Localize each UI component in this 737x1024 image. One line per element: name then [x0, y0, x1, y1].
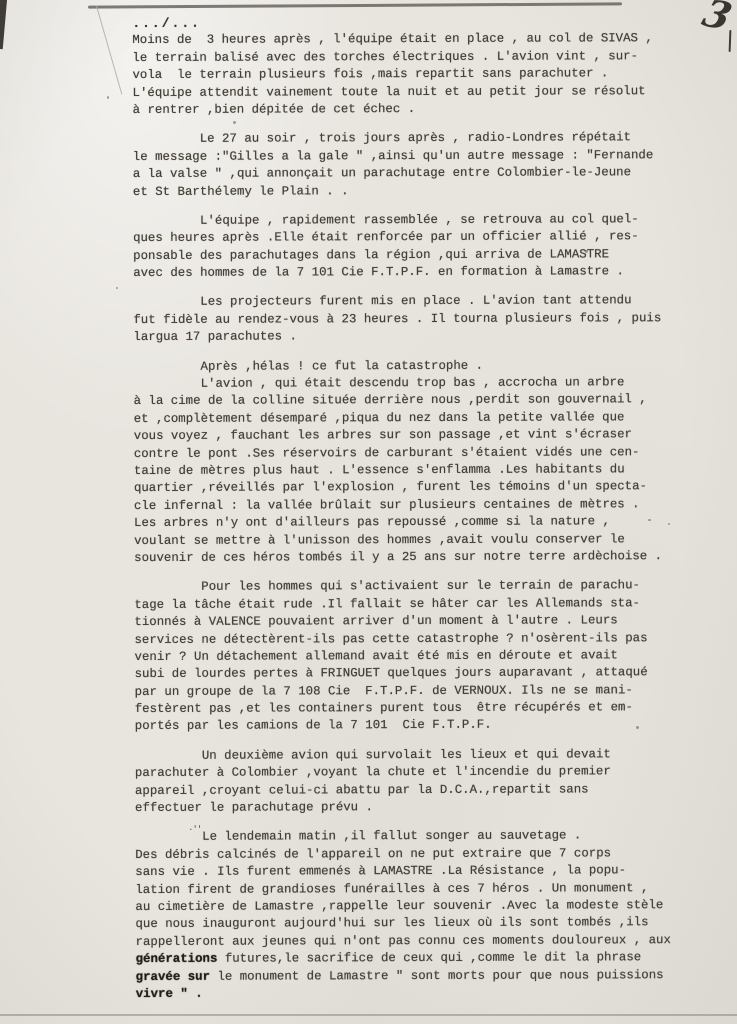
text-segment: portés par les camions de la 7 101 Cie F…: [135, 718, 492, 733]
text-segment: vous voyez , fauchant les arbres sur son…: [134, 427, 632, 443]
text-segment: souvenir de ces héros tombés il y a 25 a…: [134, 549, 662, 565]
scan-edge-artifact-top: [88, 2, 622, 8]
text-segment: venir ? Un détachement allemand avait ét…: [134, 648, 617, 664]
scan-corner-shadow: [0, 0, 7, 49]
text-line: festèrent pas ,et les containers purent …: [135, 699, 710, 718]
pen-mark: [729, 30, 732, 52]
text-line: générations futures,le sacrifice de ceux…: [136, 949, 711, 968]
text-segment: le terrain balisé avec des torches élect…: [132, 49, 638, 65]
text-segment: futures,le sacrifice de ceux qui ,comme …: [217, 950, 641, 965]
paragraph: Les projecteurs furent mis en place . L'…: [133, 292, 708, 346]
text-line: à la cime de la colline située derrière …: [134, 391, 709, 410]
text-segment: tionnés à VALENCE pouvaient arriver d'un…: [134, 613, 617, 629]
text-segment: tage la tâche était rude .Il fallait se …: [134, 596, 640, 612]
continuation-mark: .../...: [132, 13, 707, 32]
text-segment: Les projecteurs furent mis en place . L'…: [200, 294, 631, 310]
text-segment: lation firent de grandioses funérailles …: [135, 881, 648, 897]
text-segment: largua 17 parachutes .: [133, 330, 297, 345]
paragraph: Pour les hommes qui s'activaient sur le …: [134, 577, 710, 736]
text-line: Un deuxième avion qui survolait les lieu…: [135, 746, 710, 765]
text-segment: avec des hommes de la 7 101 Cie F.T.P.F.…: [133, 264, 624, 280]
typewritten-text-block: .../... Moins de 3 heures après , l'équi…: [132, 13, 710, 1003]
text-segment: le monument de Lamastre " sont morts pou…: [210, 968, 664, 984]
paragraph: L'équipe , rapidement rassemblée , se re…: [133, 211, 708, 283]
paper-bottom-edge: [0, 1014, 737, 1016]
text-line: tage la tâche était rude .Il fallait se …: [134, 595, 709, 614]
text-line: portés par les camions de la 7 101 Cie F…: [135, 716, 710, 735]
text-line: cle infernal : la vallée brûlait sur plu…: [134, 496, 709, 515]
text-line: Moins de 3 heures après , l'équipe était…: [132, 30, 707, 49]
text-segment: Après ,hélas ! ce fut la catastrophe .: [200, 358, 483, 373]
text-line: Le 27 au soir , trois jours après , radi…: [133, 129, 708, 148]
text-segment: subi de lourdes pertes à FRINGUET quelqu…: [135, 665, 648, 681]
text-segment: contre le pont .Ses réservoirs de carbur…: [134, 445, 640, 461]
paragraph: Le 27 au soir , trois jours après , radi…: [133, 129, 708, 201]
text-segment: festèrent pas ,et les containers purent …: [135, 700, 633, 716]
text-line: Des débris calcinés de l'appareil on ne …: [135, 845, 710, 864]
text-segment: taine de mètres plus haut . L'essence s'…: [134, 462, 625, 478]
text-segment: sans vie . Ils furent emmenés à LAMASTRE…: [135, 863, 626, 879]
text-line: fut fidèle au rendez-vous à 23 heures . …: [133, 310, 708, 329]
text-segment: Le 27 au soir , trois jours après , radi…: [200, 131, 631, 147]
text-line: Pour les hommes qui s'activaient sur le …: [134, 577, 709, 596]
text-line: le message :"Gilles a la gale " ,ainsi q…: [133, 147, 708, 166]
text-segment: le message :"Gilles a la gale " ,ainsi q…: [133, 148, 654, 164]
text-line: venir ? Un détachement allemand avait ét…: [134, 647, 709, 666]
text-line: taine de mètres plus haut . L'essence s'…: [134, 461, 709, 480]
text-segment: effectuer le parachutage prévu .: [135, 800, 373, 815]
text-line: tionnés à VALENCE pouvaient arriver d'un…: [134, 612, 709, 631]
text-line: voulant se mettre à l'unisson des hommes…: [134, 531, 709, 550]
text-line: largua 17 parachutes .: [133, 327, 708, 346]
text-segment: parachuter à Colombier ,voyant la chute …: [135, 765, 611, 781]
ink-speck: [116, 287, 118, 289]
text-line: et St Barthélemy le Plain . .: [133, 182, 708, 201]
text-line: vous voyez , fauchant les arbres sur son…: [134, 426, 709, 445]
paper-crease: [96, 6, 122, 95]
text-segment: ques heures après .Elle était renforcée …: [133, 230, 639, 246]
text-line: contre le pont .Ses réservoirs de carbur…: [134, 444, 709, 463]
text-segment: Pour les hommes qui s'activaient sur le …: [201, 579, 640, 595]
text-line: souvenir de ces héros tombés il y a 25 a…: [134, 548, 709, 567]
text-line: vivre " .: [136, 984, 711, 1003]
text-line: et ,complètement désemparé ,piqua du nez…: [134, 409, 709, 428]
text-segment: appareil ,croyant celui-ci abattu par la…: [135, 782, 589, 798]
text-line: avec des hommes de la 7 101 Cie F.T.P.F.…: [133, 263, 708, 282]
text-segment: au cimetière de Lamastre ,rappelle leur …: [135, 898, 663, 914]
text-line: L'équipe attendit vainement toute la nui…: [133, 83, 708, 102]
paragraph: Après ,hélas ! ce fut la catastrophe .: [133, 357, 708, 376]
text-segment: Des débris calcinés de l'appareil on ne …: [135, 846, 611, 862]
text-segment: voulant se mettre à l'unisson des hommes…: [134, 532, 625, 548]
ink-speck: [107, 96, 109, 99]
text-segment: Un deuxième avion qui survolait les lieu…: [202, 747, 611, 762]
text-line: au cimetière de Lamastre ,rappelle leur …: [135, 897, 710, 916]
ink-smudge: ·'': [188, 822, 201, 839]
text-line: sans vie . Ils furent emmenés à LAMASTRE…: [135, 862, 710, 881]
text-line: vola le terrain plusieurs fois ,mais rep…: [132, 65, 707, 84]
text-segment: à la cime de la colline située derrière …: [134, 393, 647, 409]
text-segment: et St Barthélemy le Plain . .: [133, 184, 349, 199]
text-line: à rentrer ,bien dépitée de cet échec .: [133, 100, 708, 119]
text-segment: Les arbres n'y ont d'ailleurs pas repous…: [134, 514, 610, 530]
text-line: L'équipe , rapidement rassemblée , se re…: [133, 211, 708, 230]
text-line: L'avion , qui était descendu trop bas , …: [134, 374, 709, 393]
text-line: ques heures après .Elle était renforcée …: [133, 228, 708, 247]
text-line: a la valse " ,qui annonçait un parachuta…: [133, 164, 708, 183]
paragraph: ·''Le lendemain matin ,il fallut songer …: [135, 827, 711, 1003]
text-segment: à rentrer ,bien dépitée de cet échec .: [133, 102, 416, 117]
paragraphs-container: Moins de 3 heures après , l'équipe était…: [132, 30, 710, 1003]
text-line: par un groupe de la 7 108 Cie F.T.P.F. d…: [135, 682, 710, 701]
text-line: appareil ,croyant celui-ci abattu par la…: [135, 781, 710, 800]
text-segment: services ne détectèrent-ils pas cette ca…: [134, 631, 647, 647]
text-line: que nous inauguront aujourd'hui sur les …: [135, 914, 710, 933]
text-segment: vola le terrain plusieurs fois ,mais rep…: [132, 67, 608, 83]
text-line: gravée sur le monument de Lamastre " son…: [136, 967, 711, 986]
paragraph: Moins de 3 heures après , l'équipe était…: [132, 30, 707, 119]
text-segment: L'équipe attendit vainement toute la nui…: [133, 84, 646, 100]
text-segment: générations: [136, 952, 218, 966]
text-segment: et ,complètement désemparé ,piqua du nez…: [134, 410, 625, 426]
text-segment: ponsable des parachutages dans la région…: [133, 247, 609, 263]
text-line: rappelleront aux jeunes qui n'ont pas co…: [135, 932, 710, 951]
text-line: ponsable des parachutages dans la région…: [133, 246, 708, 265]
text-line: Après ,hélas ! ce fut la catastrophe .: [133, 357, 708, 376]
paragraph: L'avion , qui était descendu trop bas , …: [134, 374, 710, 567]
text-segment: a la valse " ,qui annonçait un parachuta…: [133, 165, 631, 181]
text-line: services ne détectèrent-ils pas cette ca…: [134, 629, 709, 648]
text-segment: L'équipe , rapidement rassemblée , se re…: [200, 212, 639, 228]
text-line: subi de lourdes pertes à FRINGUET quelqu…: [135, 664, 710, 683]
text-segment: L'avion , qui était descendu trop bas , …: [201, 375, 625, 390]
text-segment: gravée sur: [136, 969, 210, 983]
text-segment: vivre " .: [136, 987, 203, 1001]
text-line: Les arbres n'y ont d'ailleurs pas repous…: [134, 513, 709, 532]
text-segment: que nous inauguront aujourd'hui sur les …: [135, 916, 648, 932]
scanned-document-page: 3 .../... Moins de 3 heures après , l'éq…: [0, 0, 737, 1024]
text-line: Les projecteurs furent mis en place . L'…: [133, 292, 708, 311]
text-segment: Le lendemain matin ,il fallut songer au …: [202, 829, 581, 844]
text-line: le terrain balisé avec des torches élect…: [132, 48, 707, 67]
text-line: lation firent de grandioses funérailles …: [135, 880, 710, 899]
paragraph: Un deuxième avion qui survolait les lieu…: [135, 746, 710, 818]
text-segment: Moins de 3 heures après , l'équipe était…: [132, 32, 653, 48]
text-segment: cle infernal : la vallée brûlait sur plu…: [134, 497, 640, 513]
text-segment: quartier ,réveillés par l'explosion , fu…: [134, 480, 647, 496]
text-segment: rappelleront aux jeunes qui n'ont pas co…: [135, 933, 670, 949]
text-segment: par un groupe de la 7 108 Cie F.T.P.F. d…: [135, 683, 633, 699]
text-line: ·''Le lendemain matin ,il fallut songer …: [135, 827, 710, 846]
text-segment: fut fidèle au rendez-vous à 23 heures . …: [133, 311, 661, 327]
text-line: quartier ,réveillés par l'explosion , fu…: [134, 478, 709, 497]
text-line: parachuter à Colombier ,voyant la chute …: [135, 763, 710, 782]
text-line: effectuer le parachutage prévu .: [135, 798, 710, 817]
